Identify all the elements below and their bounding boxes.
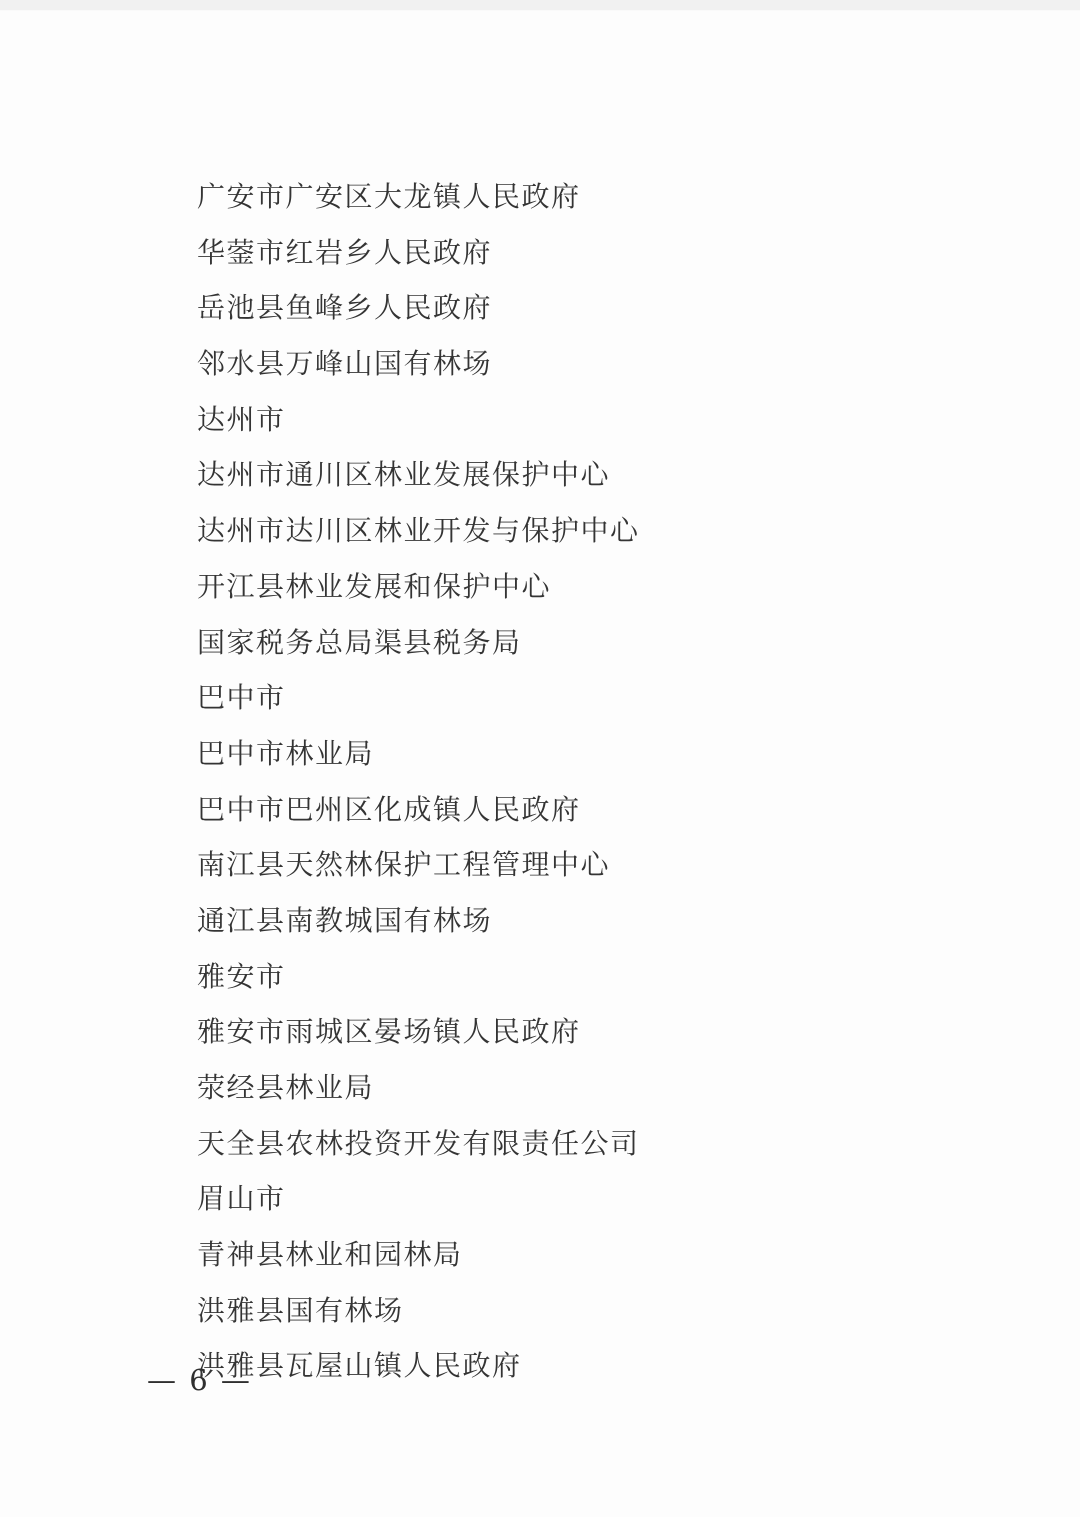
document-page: 广安市广安区大龙镇人民政府华蓥市红岩乡人民政府岳池县鱼峰乡人民政府邻水县万峰山国… [0, 0, 1080, 1517]
org-list-item: 达州市 [197, 392, 957, 448]
org-list-item: 达州市达川区林业开发与保护中心 [197, 503, 957, 559]
org-list-item: 巴中市巴州区化成镇人民政府 [197, 782, 957, 838]
org-list-item: 华蓥市红岩乡人民政府 [197, 225, 957, 281]
org-list-item: 雅安市雨城区晏场镇人民政府 [197, 1004, 957, 1060]
org-list-item: 邻水县万峰山国有林场 [197, 336, 957, 392]
org-list-item: 雅安市 [197, 949, 957, 1005]
org-list-item: 巴中市林业局 [197, 726, 957, 782]
org-list-item: 天全县农林投资开发有限责任公司 [197, 1116, 957, 1172]
org-list-item: 眉山市 [197, 1171, 957, 1227]
org-list-item: 巴中市 [197, 670, 957, 726]
org-list-item: 洪雅县国有林场 [197, 1283, 957, 1339]
org-list-item: 广安市广安区大龙镇人民政府 [197, 169, 957, 225]
org-list-item: 洪雅县瓦屋山镇人民政府 [197, 1338, 957, 1394]
org-list-item: 岳池县鱼峰乡人民政府 [197, 280, 957, 336]
org-list-item: 开江县林业发展和保护中心 [197, 559, 957, 615]
page-number: — 6 — [147, 1363, 252, 1397]
org-list-item: 青神县林业和园林局 [197, 1227, 957, 1283]
org-list-item: 通江县南教城国有林场 [197, 893, 957, 949]
org-list: 广安市广安区大龙镇人民政府华蓥市红岩乡人民政府岳池县鱼峰乡人民政府邻水县万峰山国… [197, 169, 957, 1394]
org-list-item: 达州市通川区林业发展保护中心 [197, 447, 957, 503]
org-list-item: 荥经县林业局 [197, 1060, 957, 1116]
scan-top-edge [0, 0, 1080, 11]
org-list-item: 南江县天然林保护工程管理中心 [197, 837, 957, 893]
org-list-item: 国家税务总局渠县税务局 [197, 615, 957, 671]
